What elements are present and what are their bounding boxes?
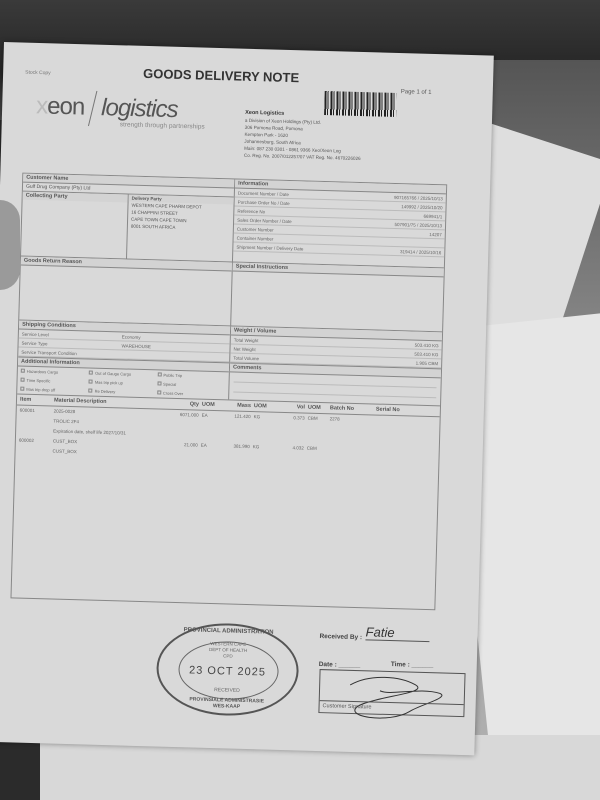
- info-row-label: Sales Order Number / Date: [237, 217, 292, 224]
- cell-uom: [201, 432, 221, 441]
- cell-uom: EA: [202, 412, 222, 421]
- received-stamp: PROVINCIAL ADMINISTRATION WESTERN CAPE D…: [155, 622, 300, 718]
- weight-row-label: Total Volume: [233, 355, 259, 361]
- weight-section: Weight / Volume Total Weight503.410 KGNe…: [229, 326, 442, 405]
- shipping-row-value: Economy: [122, 334, 141, 340]
- shipping-row-label: Service Type: [22, 340, 122, 348]
- cell-mass: 381.990: [221, 442, 253, 451]
- cell-vol-uom: CBM: [307, 415, 329, 424]
- info-row-label: Shipment Number / Delivery Date: [236, 244, 303, 251]
- cell-batch: [329, 425, 375, 434]
- info-row-label: Purchase Order No / Date: [238, 199, 290, 205]
- delivery-note-paper: Stock Copy GOODS DELIVERY NOTE Page 1 of…: [0, 42, 494, 755]
- additional-option[interactable]: Re Delivery: [89, 388, 157, 395]
- cell-vol: [278, 454, 306, 463]
- col-vol-uom: UOM: [308, 405, 330, 412]
- delivery-party: Delivery Party WESTERN CAPE PHARM DEPOT …: [126, 195, 234, 262]
- cell-mass: [220, 452, 252, 461]
- checkbox-icon[interactable]: [157, 372, 161, 376]
- checkbox-icon[interactable]: [89, 371, 93, 375]
- col-mass: Mass: [222, 402, 254, 409]
- col-mass-uom: UOM: [254, 403, 280, 410]
- cell-qty: 21.000: [163, 441, 201, 450]
- customer-section: Customer Name Gulf Drug Company (Pty) Lt…: [21, 174, 235, 262]
- checkbox-icon[interactable]: [157, 390, 161, 394]
- col-uom: UOM: [202, 402, 222, 409]
- info-row-value: 669941/1: [423, 213, 442, 219]
- shipping-row-value: WAREHOUSE: [122, 343, 151, 349]
- information-section: Information Document Number / Date907165…: [233, 180, 446, 268]
- cell-item: [19, 427, 53, 436]
- info-row-label: Container Number: [237, 235, 274, 241]
- shipping-row-label: Service Level: [22, 331, 122, 339]
- cell-serial: [375, 447, 436, 457]
- logo-logistics: logistics: [101, 94, 178, 123]
- info-row-value: 507901/75 / 2025/10/13: [394, 221, 442, 227]
- cell-batch: [329, 445, 375, 454]
- page-number: Page 1 of 1: [401, 89, 432, 96]
- cell-vol-uom: [307, 425, 329, 434]
- cell-mass: [221, 432, 253, 441]
- received-by-value: Fatie: [365, 624, 429, 642]
- cell-qty: [162, 451, 200, 460]
- additional-option[interactable]: Public Trip: [157, 372, 225, 379]
- info-row-label: Document Number / Date: [238, 190, 289, 196]
- additional-option[interactable]: Out of Gauge Cargo: [89, 371, 157, 378]
- stamp-bottom: PROVINSIALE ADMINISTRASIE WES-KAAP: [157, 696, 295, 712]
- collecting-party: Collecting Party: [21, 192, 128, 259]
- cell-qty: [163, 431, 201, 440]
- weight-row-value: 503.410 KG: [415, 342, 439, 348]
- cell-uom: [201, 422, 221, 431]
- shipping-weight-row: Shipping Conditions Service LevelEconomy…: [17, 320, 442, 406]
- company-name: Xeon Logistics: [245, 110, 284, 117]
- cell-mass-uom: KG: [254, 413, 280, 422]
- goods-return-box: [19, 266, 231, 326]
- company-address: Xeon Logistics a Division of Xeon Holdin…: [244, 109, 362, 162]
- cell-mass-uom: [253, 423, 279, 432]
- special-instructions-section: Special Instructions: [231, 262, 444, 331]
- cell-mass-uom: KG: [253, 443, 279, 452]
- cell-batch: [329, 435, 375, 444]
- cell-serial: [374, 457, 435, 467]
- cell-uom: [200, 452, 220, 461]
- cell-uom: EA: [201, 442, 221, 451]
- info-row-value: 319414 / 2025/10/16: [400, 249, 441, 255]
- cell-item: 600002: [19, 437, 53, 446]
- weight-row-label: Total Weight: [234, 337, 259, 343]
- shipping-row-label: Service Transport Condition: [21, 349, 121, 357]
- special-instructions-box: [231, 271, 443, 331]
- col-vol: Vol: [280, 404, 308, 411]
- stamp-top-text: PROVINCIAL ADMINISTRATION: [160, 627, 298, 637]
- weight-row-value: 1.905 CBM: [416, 360, 439, 366]
- info-row-value: 907165766 / 2025/10/13: [394, 194, 443, 200]
- cell-mass: [221, 422, 253, 431]
- checkbox-icon[interactable]: [157, 381, 161, 385]
- signature-box: Customer Signature: [318, 669, 465, 717]
- goods-return-section: Goods Return Reason: [19, 257, 233, 326]
- cell-mass-uom: [252, 453, 278, 462]
- cell-vol: 4.032: [279, 444, 307, 453]
- cell-item: [18, 447, 52, 456]
- col-serial: Serial No: [376, 407, 437, 415]
- items-body: 6000012025-00286071.000EA121.420KG0.373C…: [11, 406, 439, 610]
- logo-divider: [88, 91, 97, 126]
- return-special-row: Goods Return Reason Special Instructions: [19, 256, 444, 332]
- cell-serial: [375, 417, 436, 427]
- cell-serial: [375, 437, 436, 447]
- additional-option[interactable]: Special: [157, 381, 225, 388]
- info-row-value: 14207: [429, 231, 442, 236]
- info-row-label: Reference No: [237, 208, 265, 214]
- form-grid: Customer Name Gulf Drug Company (Pty) Lt…: [10, 173, 447, 611]
- cell-qty: 6071.000: [164, 411, 202, 420]
- doc-type: Stock Copy: [25, 70, 51, 77]
- collecting-party-label: Collecting Party: [23, 192, 128, 203]
- additional-option[interactable]: Time Specific: [20, 378, 88, 385]
- customer-info-row: Customer Name Gulf Drug Company (Pty) Lt…: [21, 174, 446, 268]
- checkbox-icon[interactable]: [21, 378, 25, 382]
- thumb: [0, 200, 20, 290]
- cell-vol: [279, 434, 307, 443]
- cell-vol-uom: [307, 435, 329, 444]
- logo-eon: eon: [47, 93, 85, 121]
- cell-vol-uom: [306, 455, 328, 464]
- additional-option[interactable]: Cross Over: [157, 390, 225, 397]
- document-title: GOODS DELIVERY NOTE: [143, 66, 299, 85]
- additional-option[interactable]: Hazardous Cargo: [21, 369, 89, 376]
- cell-batch: 2278: [329, 415, 375, 424]
- information-rows: Document Number / Date907165766 / 2025/1…: [233, 189, 446, 258]
- col-qty: Qty: [164, 401, 202, 408]
- tagline: strength through partnerships: [120, 121, 205, 130]
- col-item: Item: [20, 397, 54, 404]
- weight-row-label: Net Weight: [233, 346, 255, 352]
- col-batch: Batch No: [330, 405, 376, 412]
- cell-mass-uom: [253, 433, 279, 442]
- cell-item: [19, 417, 53, 426]
- additional-option[interactable]: Mas trip drop off: [20, 387, 88, 394]
- checkbox-icon[interactable]: [21, 369, 25, 373]
- weight-row-value: 503.410 KG: [414, 351, 438, 357]
- cell-mass: 121.420: [222, 412, 254, 421]
- col-desc: Material Description: [54, 398, 164, 407]
- shipping-section: Shipping Conditions Service LevelEconomy…: [17, 321, 231, 400]
- received-by-label: Received By :: [319, 633, 362, 641]
- party-boxes: Collecting Party Delivery Party WESTERN …: [21, 191, 234, 262]
- logo-x: x: [36, 92, 48, 119]
- checkbox-icon[interactable]: [20, 387, 24, 391]
- cell-vol-uom: CBM: [307, 445, 329, 454]
- cell-vol: 0.373: [280, 414, 308, 423]
- checkbox-icon[interactable]: [89, 380, 93, 384]
- cell-item: 600001: [20, 407, 54, 416]
- cell-batch: [328, 455, 374, 464]
- additional-option[interactable]: Mas trip pick up: [89, 380, 157, 387]
- checkbox-icon[interactable]: [89, 388, 93, 392]
- stamp-middle: WESTERN CAPE DEPT OF HEALTH CPD: [159, 640, 297, 662]
- signature-scribble: [319, 664, 467, 728]
- info-row-label: Customer Number: [237, 226, 274, 232]
- cell-qty: [163, 421, 201, 430]
- cell-serial: [375, 427, 436, 437]
- info-row-value: 149992 / 2025/10/20: [401, 204, 442, 210]
- cell-vol: [279, 424, 307, 433]
- cell-desc: CUST_BOX: [52, 448, 162, 459]
- stamp-date: 23 OCT 2025: [158, 664, 296, 680]
